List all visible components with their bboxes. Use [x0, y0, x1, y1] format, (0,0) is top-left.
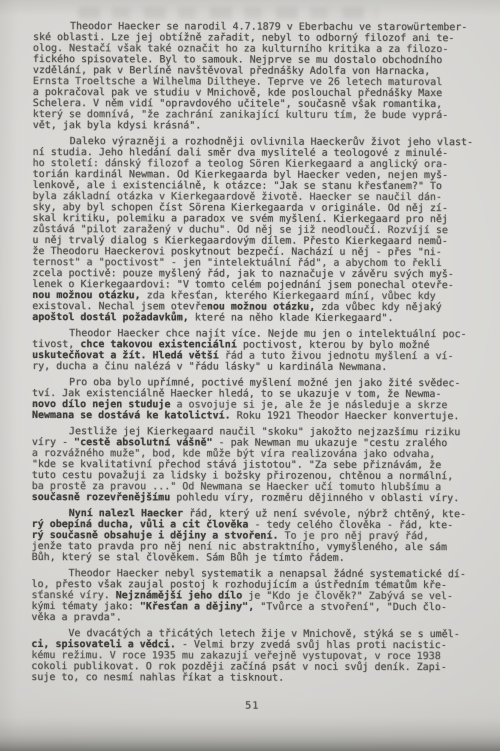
paragraph: Theodor Haecker nebyl systematik a nenap… [31, 568, 473, 624]
text-block: Theodor Haecker se narodil 4.7.1879 v Eb… [31, 21, 475, 712]
page-number: 51 [31, 700, 473, 712]
text-line: věka a pravda". [31, 612, 473, 624]
paragraph: Ve dvacátých a třicátých letech žije v M… [31, 628, 473, 684]
text-line: ry, ducha a činu nalézá v "řádu lásky" u… [32, 361, 474, 373]
paragraph: Theodor Haecker se narodil 4.7.1879 v Eb… [33, 21, 475, 132]
text-line: suje to, co nesmí nahlas říkat a tisknou… [31, 672, 473, 684]
text-line: apoštol dostál požadavkům, které na něho… [32, 312, 474, 324]
text-line: současně rozevřenějšímu pohledu víry, ro… [32, 492, 474, 504]
page-bottom-shadow [0, 717, 500, 751]
paragraph: Pro oba bylo upřímné, poctivé myšlení mo… [32, 377, 474, 422]
text-line: Newmana se dostává ke katolictví. Roku 1… [32, 410, 474, 422]
bleed-through-ghost [78, 7, 378, 19]
text-line: Bůh, který se stal člověkem. Sám Bůh je … [32, 552, 474, 564]
paragraph: Theodor Haecker chce najít více. Nejde m… [32, 328, 474, 373]
paragraph: Nyní nalezl Haecker řád, který už není s… [32, 508, 474, 564]
paragraph: Daleko výrazněji a rozhodněji ovlivnila … [32, 136, 474, 324]
paragraph: Jestliže jej Kierkegaard naučil "skoku" … [32, 426, 474, 504]
scanned-page: Theodor Haecker se narodil 4.7.1879 v Eb… [0, 0, 500, 751]
text-line: vět, jak byla kdysi krásná". [33, 120, 475, 132]
